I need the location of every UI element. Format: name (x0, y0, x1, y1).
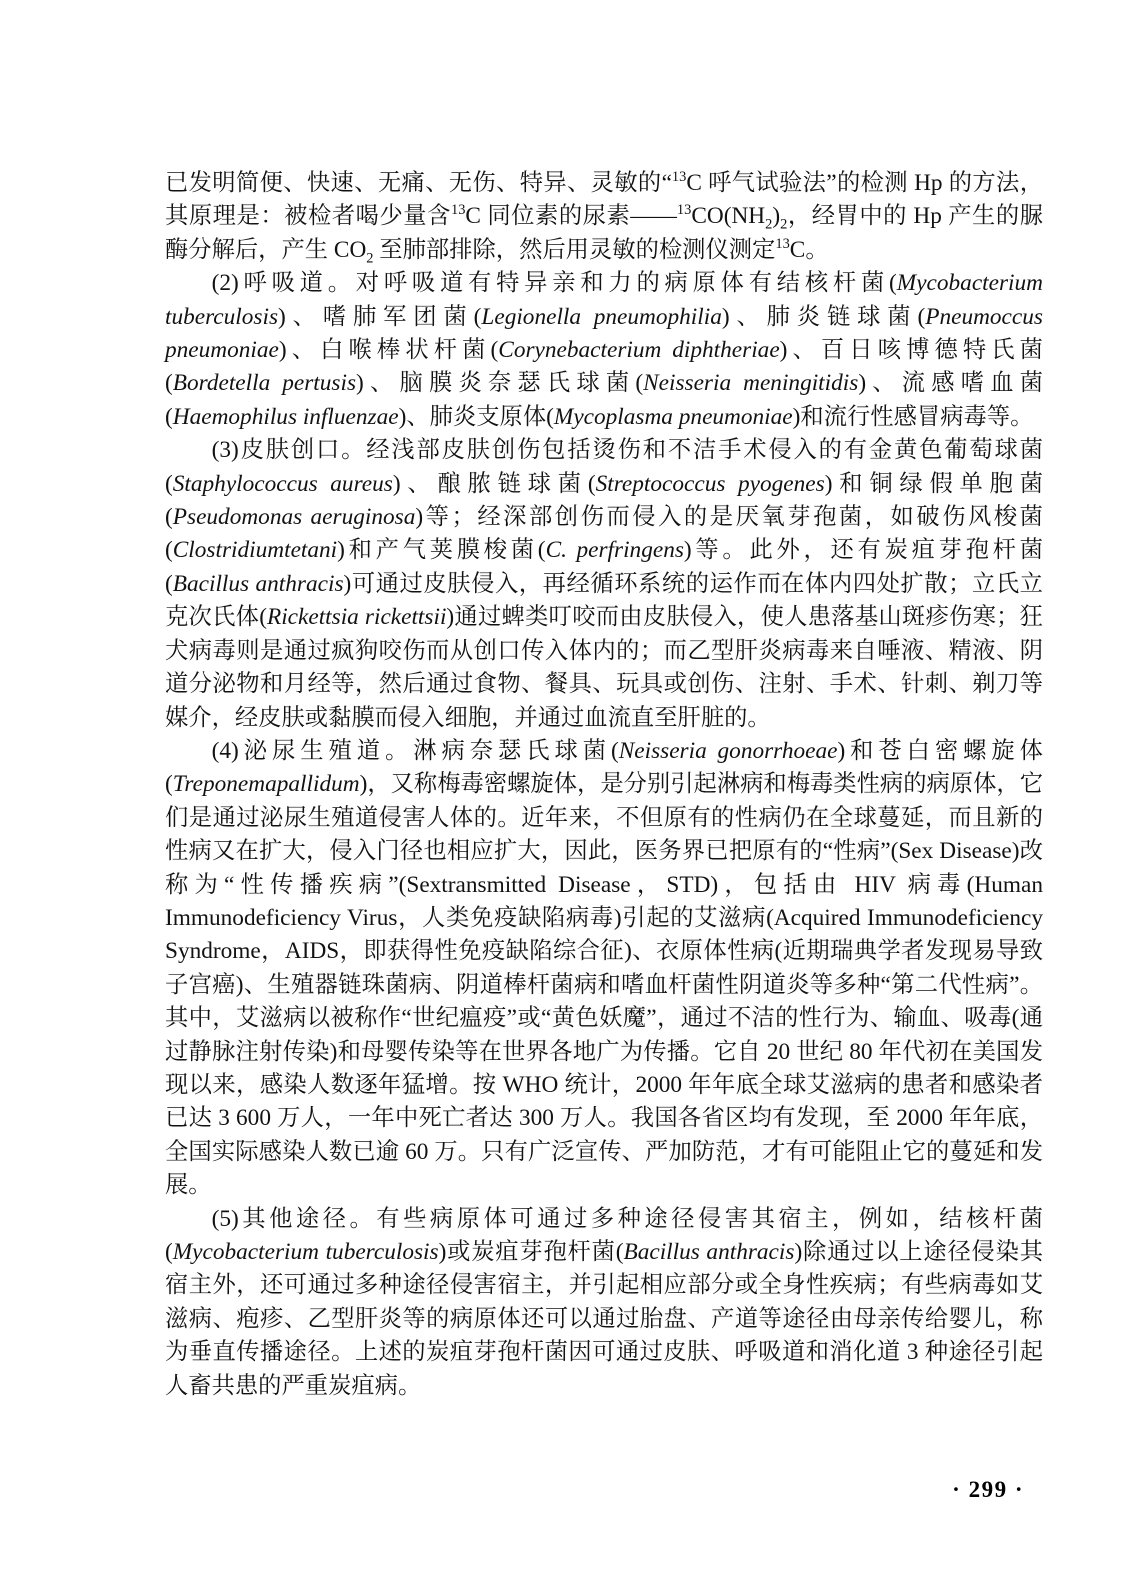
latin-species-name: Mycoplasma pneumoniae (554, 404, 793, 430)
text-segment: (4)泌尿生殖道。淋病奈瑟氏球菌( (212, 738, 619, 764)
latin-species-name: Treponemapallidum (173, 771, 360, 797)
text-segment: CO(NH (691, 203, 765, 229)
paragraph-5-other-routes: (5)其他途径。有些病原体可通过多种途径侵害其宿主，例如，结核杆菌(Mycoba… (165, 1203, 1043, 1403)
paragraph-2-respiratory-tract: (2)呼吸道。对呼吸道有特异亲和力的病原体有结核杆菌(Mycobacterium… (165, 267, 1043, 434)
paragraph-3-skin-wounds: (3)皮肤创口。经浅部皮肤创伤包括烫伤和不洁手术侵入的有金黄色葡萄球菌(Stap… (165, 434, 1043, 735)
text-segment: )，又称梅毒密螺旋体，是分别引起淋病和梅毒类性病的病原体，它们是通过泌尿生殖道侵… (165, 771, 1043, 1198)
text-segment: (2)呼吸道。对呼吸道有特异亲和力的病原体有结核杆菌( (212, 270, 897, 296)
latin-species-name: Mycobacterium tuberculosis (173, 1239, 439, 1265)
text-segment: 至肺部排除，然后用灵敏的检测仪测定 (373, 237, 775, 263)
text-segment: )、白喉棒状杆菌( (279, 337, 498, 363)
paragraph-1-breath-test: 已发明简便、快速、无痛、无伤、特异、灵敏的“13C 呼气试验法”的检测 Hp 的… (165, 167, 1043, 267)
text-segment: )或炭疽芽孢杆菌( (439, 1239, 624, 1265)
text-segment: )和流行性感冒病毒等。 (793, 404, 1034, 430)
text-segment: )、嗜肺军团菌( (278, 304, 481, 330)
latin-species-name: Corynebacterium diphtheriae (498, 337, 779, 363)
text-segment: )、酿脓链球菌( (393, 471, 596, 497)
latin-species-name: Rickettsia rickettsii (267, 604, 446, 630)
latin-species-name: Legionella pneumophilia (481, 304, 721, 330)
latin-species-name: Bacillus anthracis (173, 571, 344, 597)
text-segment: 已发明简便、快速、无痛、无伤、特异、灵敏的“ (165, 170, 672, 196)
text-segment: )、脑膜炎奈瑟氏球菌( (356, 370, 643, 396)
latin-species-name: C. perfringens (546, 537, 684, 563)
latin-species-name: Staphylococcus aureus (173, 471, 393, 497)
latin-species-name: Streptococcus pyogenes (596, 471, 825, 497)
page-text: 已发明简便、快速、无痛、无伤、特异、灵敏的“13C 呼气试验法”的检测 Hp 的… (165, 167, 1043, 1403)
text-segment: ) (772, 203, 780, 229)
latin-species-name: Bordetella pertusis (173, 370, 356, 396)
text-segment: )、肺炎链球菌( (722, 304, 925, 330)
latin-species-name: Neisseria gonorrhoeae (619, 738, 838, 764)
superscript-isotope: 13 (775, 236, 789, 252)
text-segment: )、肺炎支原体( (399, 404, 554, 430)
superscript-isotope: 13 (451, 203, 465, 219)
superscript-isotope: 13 (672, 169, 686, 185)
book-page: 已发明简便、快速、无痛、无伤、特异、灵敏的“13C 呼气试验法”的检测 Hp 的… (0, 0, 1127, 1570)
latin-species-name: Pseudomonas aeruginosa (173, 504, 416, 530)
text-segment: C。 (790, 237, 829, 263)
latin-species-name: Bacillus anthracis (623, 1239, 794, 1265)
latin-species-name: Neisseria meningitidis (643, 370, 858, 396)
text-segment: )和产气荚膜梭菌( (337, 537, 545, 563)
latin-species-name: Clostridiumtetani (173, 537, 337, 563)
superscript-isotope: 13 (677, 203, 691, 219)
text-segment: C 同位素的尿素—— (465, 203, 676, 229)
page-number: · 299 · (952, 1477, 1024, 1503)
latin-species-name: Haemophilus influenzae (173, 404, 399, 430)
paragraph-4-urogenital-tract: (4)泌尿生殖道。淋病奈瑟氏球菌(Neisseria gonorrhoeae)和… (165, 735, 1043, 1203)
